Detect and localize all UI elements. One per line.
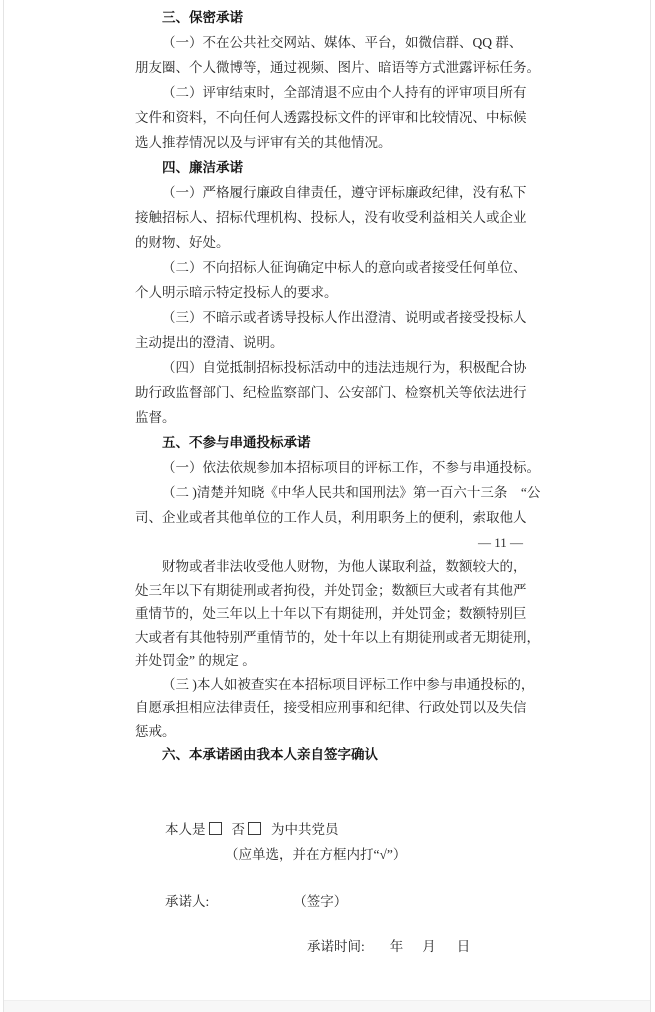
signature-hint: （签字） <box>293 894 347 909</box>
section-heading: 四、廉洁承诺 <box>135 155 535 180</box>
text-line: 处三年以下有期徒刑或者拘役，并处罚金；数额巨大或者有其他严 <box>135 579 535 603</box>
text-line: 选人推荐情况以及与评审有关的其他情况。 <box>135 130 535 155</box>
page-content: 三、保密承诺（一）不在公共社交网站、媒体、平台，如微信群、QQ 群、朋友圈、个人… <box>135 5 535 959</box>
party-member-row: 本人是否为中共党员 <box>135 817 535 842</box>
section-heading: 六、本承诺函由我本人亲自签字确认 <box>135 743 535 767</box>
text-line: （一）严格履行廉政自律责任，遵守评标廉政纪律，没有私下 <box>135 180 535 205</box>
text-line: 惩戒。 <box>135 720 535 744</box>
text-line: （一）依法依规参加本招标项目的评标工作，不参与串通投标。 <box>135 455 535 480</box>
party-member-suffix: 为中共党员 <box>271 822 339 837</box>
text-line: 财物或者非法收受他人财物，为他人谋取利益，数额较大的， <box>135 555 535 579</box>
text-line: 文件和资料，不向任何人透露投标文件的评审和比较情况、中标候 <box>135 105 535 130</box>
date-label: 承诺时间: <box>307 939 365 954</box>
text-line: （二）评审结束时，全部清退不应由个人持有的评审项目所有 <box>135 80 535 105</box>
section-heading: 五、不参与串通投标承诺 <box>135 430 535 455</box>
text-line: 接触招标人、招标代理机构、投标人，没有收受利益相关人或企业 <box>135 205 535 230</box>
text-line: 的财物、好处。 <box>135 230 535 255</box>
checkbox-instruction-note: （应单选，并在方框内打“√”） <box>135 842 535 867</box>
party-member-prefix: 本人是 <box>165 822 206 837</box>
text-line: 助行政监督部门、纪检监察部门、公安部门、检察机关等依法进行 <box>135 380 535 405</box>
party-no-label: 否 <box>232 822 246 837</box>
text-line: （二 )清楚并知晓《中华人民共和国刑法》第一百六十三条 “公 <box>135 480 535 505</box>
text-line: 并处罚金” 的规定 。 <box>135 649 535 673</box>
text-line: 重情节的，处三年以上十年以下有期徒刑，并处罚金；数额特别巨 <box>135 602 535 626</box>
text-line: （三 )本人如被查实在本招标项目评标工作中参与串通投标的， <box>135 673 535 697</box>
signer-label: 承诺人: <box>165 894 209 909</box>
month-label: 月 <box>422 939 436 954</box>
text-line: （四）自觉抵制招标投标活动中的违法违规行为，积极配合协 <box>135 355 535 380</box>
party-yes-checkbox <box>209 822 222 835</box>
page-bottom-edge <box>4 1000 650 1012</box>
party-no-checkbox <box>248 822 261 835</box>
commitment-date-row: 承诺时间:年月日 <box>135 934 535 959</box>
page-number: — 11 — <box>135 530 535 555</box>
text-line: 自愿承担相应法律责任，接受相应刑事和纪律、行政处罚以及失信 <box>135 696 535 720</box>
text-line: （一）不在公共社交网站、媒体、平台，如微信群、QQ 群、 <box>135 30 535 55</box>
text-line: 监督。 <box>135 405 535 430</box>
signer-row: 承诺人:（签字） <box>135 889 535 914</box>
text-line: 主动提出的澄清、说明。 <box>135 330 535 355</box>
page-right-edge <box>650 0 651 1012</box>
text-line: 朋友圈、个人微博等，通过视频、图片、暗语等方式泄露评标任务。 <box>135 55 535 80</box>
year-label: 年 <box>390 939 404 954</box>
text-line: （三）不暗示或者诱导投标人作出澄清、说明或者接受投标人 <box>135 305 535 330</box>
text-line: 个人明示暗示特定投标人的要求。 <box>135 280 535 305</box>
document-lines: 三、保密承诺（一）不在公共社交网站、媒体、平台，如微信群、QQ 群、朋友圈、个人… <box>135 5 535 767</box>
text-line: （二）不向招标人征询确定中标人的意向或者接受任何单位、 <box>135 255 535 280</box>
section-heading: 三、保密承诺 <box>135 5 535 30</box>
day-label: 日 <box>457 939 471 954</box>
text-line: 大或者有其他特别严重情节的，处十年以上有期徒刑或者无期徒刑， <box>135 626 535 650</box>
document-page: 三、保密承诺（一）不在公共社交网站、媒体、平台，如微信群、QQ 群、朋友圈、个人… <box>0 0 655 1012</box>
text-line: 司、企业或者其他单位的工作人员，利用职务上的便利，索取他人 <box>135 505 535 530</box>
page-left-edge <box>3 0 4 1012</box>
